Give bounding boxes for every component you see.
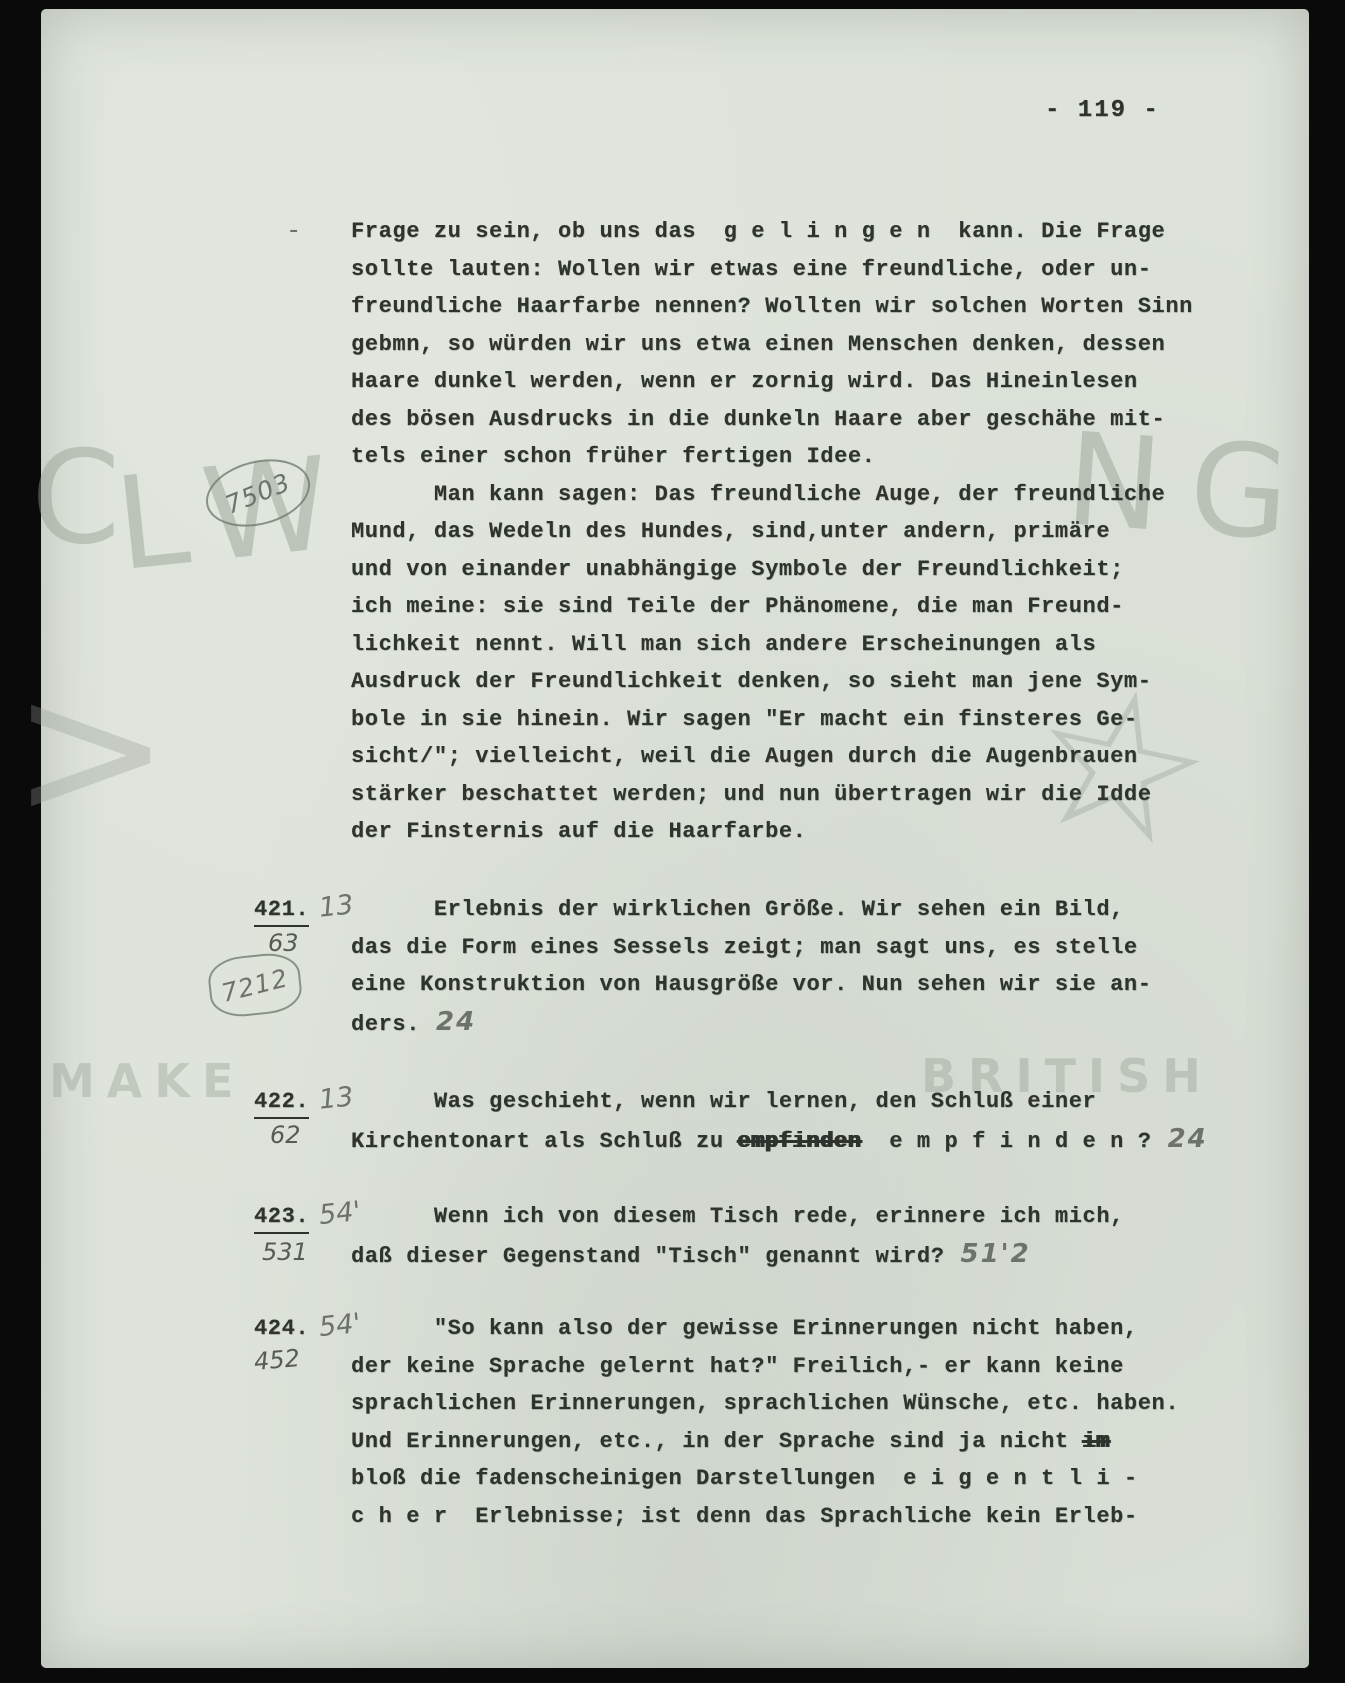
typed-line: des bösen Ausdrucks in die dunkeln Haare…: [351, 401, 1193, 439]
typed-line: Man kann sagen: Das freundliche Auge, de…: [351, 476, 1193, 514]
typed-line: Mund, das Wedeln des Hundes, sind,unter …: [351, 513, 1193, 551]
typed-line: freundliche Haarfarbe nennen? Wollten wi…: [351, 288, 1193, 326]
typed-line: Und Erinnerungen, etc., in der Sprache s…: [351, 1423, 1179, 1461]
struck-word: im: [1083, 1429, 1111, 1454]
pencil-note: 13: [318, 1081, 355, 1115]
entry-number: 423.: [254, 1204, 309, 1234]
typed-line: der Finsternis auf die Haarfarbe.: [351, 813, 1193, 851]
entry-424-text: "So kann also der gewisse Erinnerungen n…: [351, 1310, 1179, 1535]
page-number: - 119 -: [1045, 97, 1160, 124]
typed-line: der keine Sprache gelernt hat?" Freilich…: [351, 1348, 1179, 1386]
watermark-make: MAKE: [49, 1054, 245, 1108]
typed-line: bole in sie hinein. Wir sagen "Er macht …: [351, 701, 1193, 739]
pencil-note: 531: [262, 1238, 308, 1266]
typed-text: ders.: [351, 1012, 420, 1037]
entry-422-text: Was geschieht, wenn wir lernen, den Schl…: [351, 1083, 1208, 1160]
typed-line: Erlebnis der wirklichen Größe. Wir sehen…: [351, 891, 1152, 929]
pencil-note: 24: [436, 1007, 476, 1037]
typed-line: gebmn, so würden wir uns etwa einen Mens…: [351, 326, 1193, 364]
watermark-letter-c: C: [31, 424, 148, 573]
typed-line: sollte lauten: Wollen wir etwas eine fre…: [351, 251, 1193, 289]
struck-word: empfinden: [737, 1129, 861, 1154]
typed-line: Wenn ich von diesem Tisch rede, erinnere…: [351, 1198, 1124, 1236]
typed-line: sprachlichen Erinnerungen, sprachlichen …: [351, 1385, 1179, 1423]
typed-line: ich meine: sie sind Teile der Phänomene,…: [351, 588, 1193, 626]
typed-line: "So kann also der gewisse Erinnerungen n…: [351, 1310, 1179, 1348]
entry-number: 421.: [254, 897, 309, 927]
entry-number: 422.: [254, 1089, 309, 1119]
typed-text: daß dieser Gegenstand "Tisch" genannt wi…: [351, 1244, 945, 1269]
scanned-page: C LW NG MAKE BRITISH ☆ > - 119 - - Frage…: [41, 9, 1309, 1668]
typed-text: Kirchentonart als Schluß zu: [351, 1129, 737, 1154]
typed-line: stärker beschattet werden; und nun übert…: [351, 776, 1193, 814]
typed-line: c h e r Erlebnisse; ist denn das Sprachl…: [351, 1498, 1179, 1536]
entry-number: 424.: [254, 1316, 309, 1341]
circled-note: 7212: [206, 950, 304, 1019]
typed-text: e m p f i n d e n ?: [862, 1129, 1152, 1154]
paragraph-intro: Frage zu sein, ob uns das g e l i n g e …: [351, 213, 1193, 851]
typed-line: daß dieser Gegenstand "Tisch" genannt wi…: [351, 1236, 1124, 1276]
typed-line: Was geschieht, wenn wir lernen, den Schl…: [351, 1083, 1208, 1121]
entry-423-text: Wenn ich von diesem Tisch rede, erinnere…: [351, 1198, 1124, 1275]
pencil-note: 62: [270, 1121, 301, 1149]
typed-line: Ausdruck der Freundlichkeit denken, so s…: [351, 663, 1193, 701]
typed-line: eine Konstruktion von Hausgröße vor. Nun…: [351, 966, 1152, 1004]
pencil-note: 51'2: [961, 1239, 1031, 1269]
typed-line: ders.24: [351, 1004, 1152, 1044]
typed-line: sicht/"; vielleicht, weil die Augen durc…: [351, 738, 1193, 776]
pencil-note: 452: [253, 1344, 301, 1376]
entry-421-text: Erlebnis der wirklichen Größe. Wir sehen…: [351, 891, 1152, 1043]
chevron-watermark-icon: >: [11, 639, 170, 860]
typed-line: Kirchentonart als Schluß zu empfinden e …: [351, 1121, 1208, 1161]
circled-note-text: 7503: [221, 467, 295, 519]
circled-note: 7503: [199, 449, 317, 537]
pencil-note: 13: [318, 889, 355, 923]
typed-text: Und Erinnerungen, etc., in der Sprache s…: [351, 1429, 1083, 1454]
photo-background: C LW NG MAKE BRITISH ☆ > - 119 - - Frage…: [0, 0, 1345, 1683]
typed-line: lichkeit nennt. Will man sich andere Ers…: [351, 626, 1193, 664]
typed-line: das die Form eines Sessels zeigt; man sa…: [351, 929, 1152, 967]
typed-line: und von einander unabhängige Symbole der…: [351, 551, 1193, 589]
typed-line: Frage zu sein, ob uns das g e l i n g e …: [351, 213, 1193, 251]
margin-pencil-dash: -: [289, 215, 298, 245]
typed-line: Haare dunkel werden, wenn er zornig wird…: [351, 363, 1193, 401]
circled-note-text: 7212: [219, 963, 292, 1007]
pencil-note: 24: [1168, 1124, 1208, 1154]
typed-line: bloß die fadenscheinigen Darstellungen e…: [351, 1460, 1179, 1498]
typed-line: tels einer schon früher fertigen Idee.: [351, 438, 1193, 476]
